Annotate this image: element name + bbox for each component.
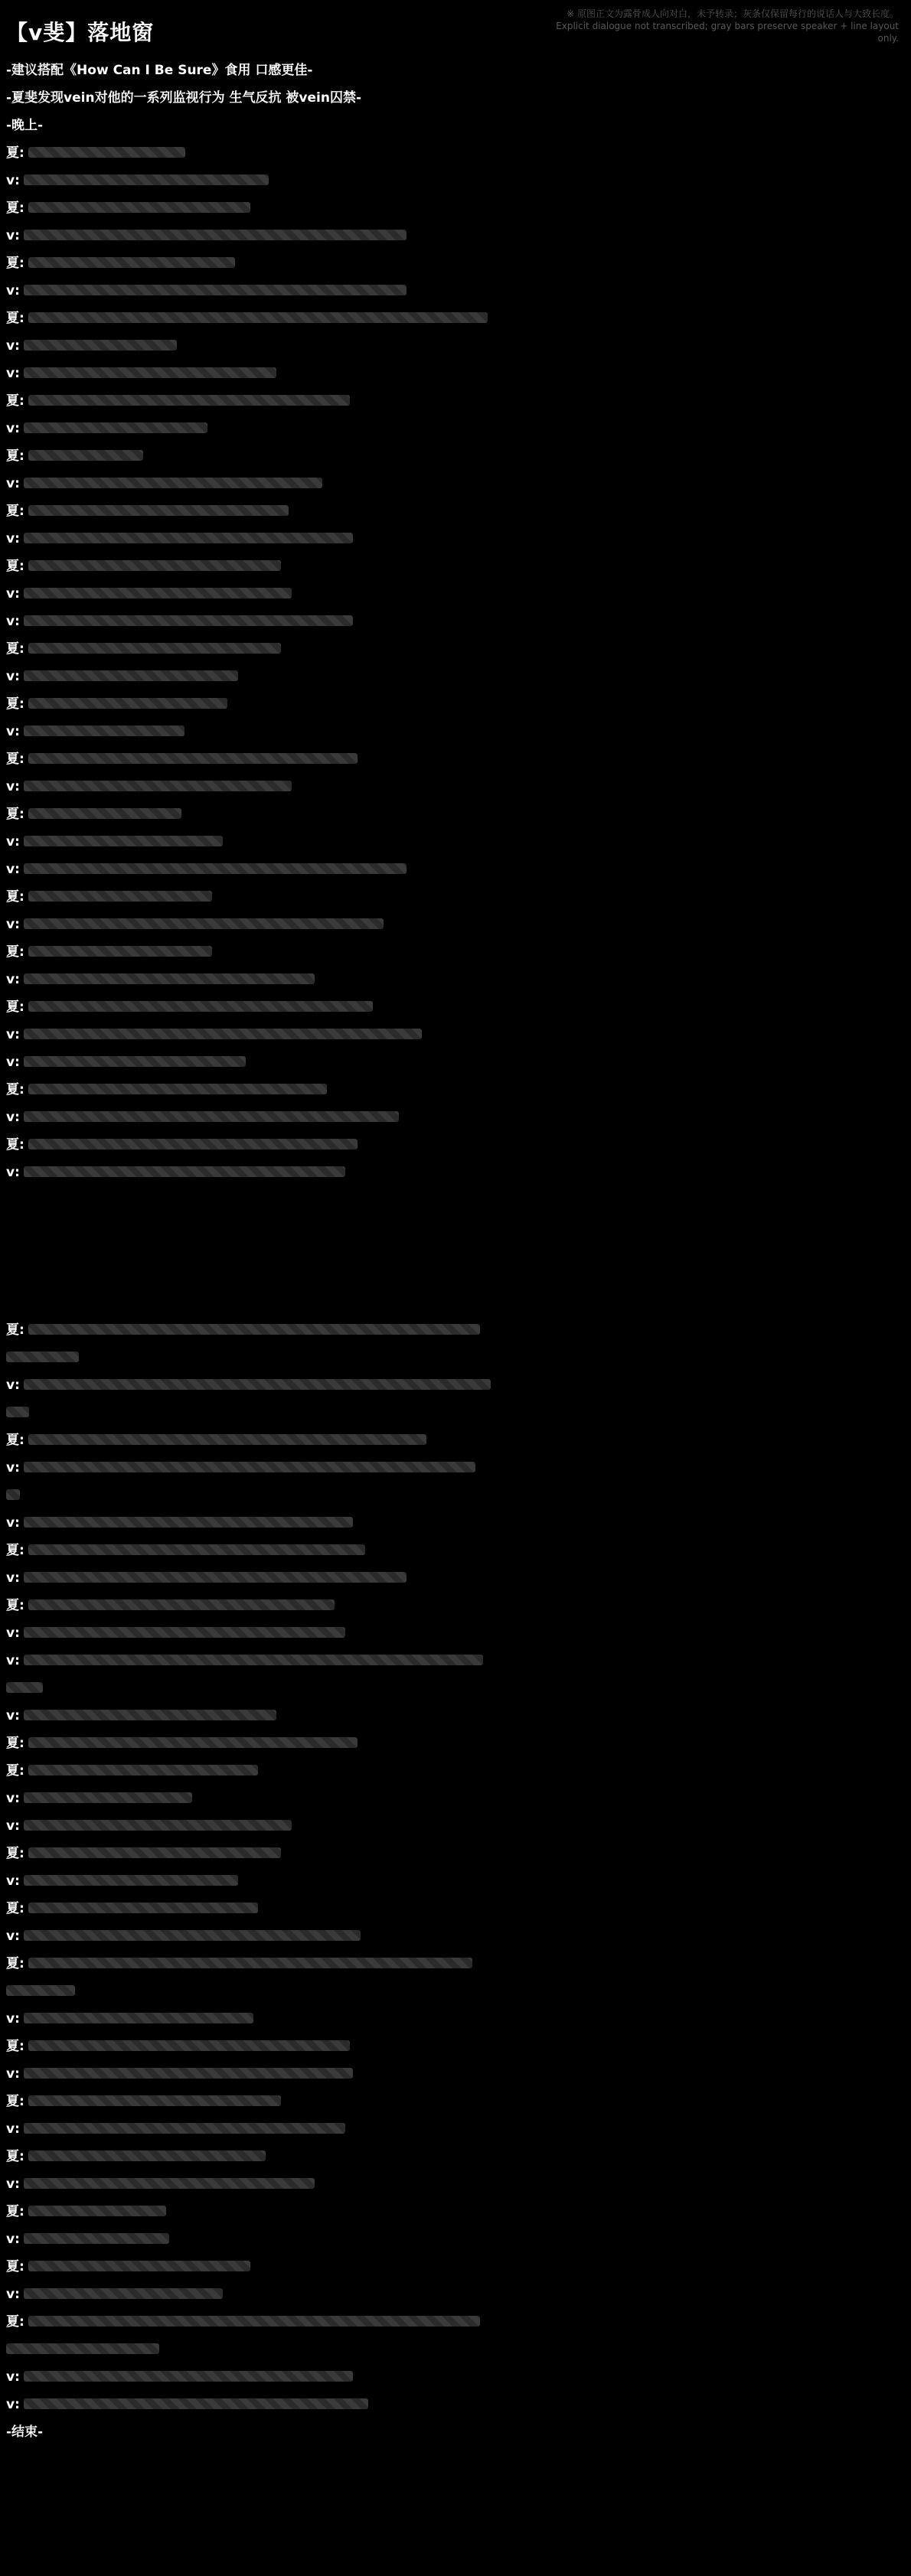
- dialogue-line: v:: [6, 2115, 903, 2143]
- meta-line-premise: -夏斐发现vein对他的一系列监视行为 生气反抗 被vein囚禁-: [6, 84, 903, 112]
- redacted-text-bar: [24, 2123, 345, 2134]
- dialogue-line: 夏:: [6, 1592, 903, 1619]
- speaker-label: v:: [6, 1708, 20, 1723]
- speaker-label: v:: [6, 724, 20, 739]
- redacted-text-bar: [28, 1903, 258, 1913]
- redacted-text-bar: [24, 1572, 407, 1583]
- redacted-text-bar: [24, 1820, 292, 1831]
- redacted-text-bar: [24, 973, 315, 984]
- dialogue-line: v:: [6, 608, 903, 635]
- redacted-text-bar: [24, 1111, 399, 1122]
- redacted-text-bar: [24, 1517, 353, 1528]
- speaker-label: 夏:: [6, 696, 24, 712]
- redacted-text-bar: [28, 2040, 350, 2051]
- speaker-label: v:: [6, 1625, 20, 1641]
- meta-line-pairing: -建议搭配《How Can I Be Sure》食用 口感更佳-: [6, 57, 903, 84]
- redacted-text-bar: [24, 2398, 368, 2409]
- redaction-notice-en: Explicit dialogue not transcribed; gray …: [547, 20, 899, 44]
- speaker-label: v:: [6, 1653, 20, 1668]
- redacted-text-bar: [24, 1792, 192, 1803]
- dialogue-line: v:: [6, 2225, 903, 2253]
- dialogue-line: v:: [6, 2060, 903, 2088]
- dialogue-line: v:: [6, 911, 903, 938]
- speaker-label: v:: [6, 669, 20, 684]
- redacted-text-bar: [24, 340, 177, 351]
- redacted-text-bar: [28, 202, 250, 213]
- redacted-text-bar: [6, 1407, 29, 1417]
- scene-break: [6, 1186, 903, 1316]
- redacted-text-bar: [28, 698, 227, 709]
- dialogue-line: 夏:: [6, 745, 903, 773]
- dialogue-line: 夏:: [6, 690, 903, 718]
- speaker-label: 夏:: [6, 752, 24, 767]
- dialogue-line: 夏:: [6, 2033, 903, 2060]
- redacted-text-bar: [24, 588, 292, 598]
- dialogue-line: 夏:: [6, 194, 903, 222]
- header-meta: -建议搭配《How Can I Be Sure》食用 口感更佳- -夏斐发现ve…: [6, 57, 903, 139]
- speaker-label: 夏:: [6, 145, 24, 161]
- redacted-text-bar: [24, 836, 223, 846]
- speaker-label: 夏:: [6, 311, 24, 326]
- redacted-text-bar: [24, 422, 207, 433]
- dialogue-line: v:: [6, 2281, 903, 2308]
- fanfic-text-page: ※ 原图正文为露骨成人向对白，未予转录；灰条仅保留每行的说话人与大致长度。 Ex…: [0, 0, 911, 2576]
- redacted-text-bar: [24, 1166, 345, 1177]
- speaker-label: 夏:: [6, 393, 24, 409]
- dialogue-line: v:: [6, 1371, 903, 1399]
- redacted-text-bar: [28, 753, 358, 764]
- speaker-label: v:: [6, 1460, 20, 1475]
- redacted-text-bar: [28, 1737, 358, 1748]
- dialogue-line: v:: [6, 332, 903, 360]
- redacted-text-bar: [6, 1985, 75, 1996]
- speaker-label: 夏:: [6, 201, 24, 216]
- redacted-text-bar: [28, 2206, 166, 2216]
- redacted-text-bar: [6, 1352, 79, 1362]
- speaker-label: v:: [6, 1165, 20, 1180]
- dialogue-line: v:: [6, 2391, 903, 2418]
- redacted-text-bar: [28, 946, 212, 957]
- redacted-text-bar: [24, 781, 292, 791]
- speaker-label: v:: [6, 1378, 20, 1393]
- redacted-text-bar: [28, 2150, 266, 2161]
- dialogue-line: v:: [6, 470, 903, 497]
- speaker-label: v:: [6, 972, 20, 987]
- dialogue-line: 夏:: [6, 938, 903, 966]
- speaker-label: v:: [6, 1929, 20, 1944]
- redacted-text-bar: [28, 1001, 373, 1012]
- speaker-label: v:: [6, 283, 20, 298]
- redacted-text-bar: [24, 670, 238, 681]
- speaker-label: v:: [6, 2287, 20, 2302]
- dialogue-line: v:: [6, 1702, 903, 1730]
- dialogue-line: v:: [6, 222, 903, 249]
- redacted-text-bar: [24, 615, 353, 626]
- speaker-label: v:: [6, 1027, 20, 1042]
- speaker-label: v:: [6, 862, 20, 877]
- dialogue-line: 夏:: [6, 139, 903, 167]
- redacted-text-bar: [24, 2068, 353, 2079]
- dialogue-line: 夏:: [6, 1840, 903, 1867]
- dialogue-line: 夏:: [6, 305, 903, 332]
- redacted-text-bar: [28, 147, 185, 158]
- dialogue-line: 夏:: [6, 801, 903, 828]
- speaker-label: v:: [6, 614, 20, 629]
- dialogue-line: v:: [6, 1159, 903, 1186]
- speaker-label: 夏:: [6, 889, 24, 905]
- redacted-text-bar: [24, 726, 184, 736]
- speaker-label: v:: [6, 1873, 20, 1889]
- dialogue-line: v:: [6, 415, 903, 442]
- dialogue-line: v:: [6, 1454, 903, 1482]
- redacted-text-bar: [24, 230, 407, 240]
- dialogue-line: 夏:: [6, 1316, 903, 1344]
- speaker-label: v:: [6, 338, 20, 354]
- redacted-text-bar: [24, 863, 407, 874]
- speaker-label: 夏:: [6, 1846, 24, 1861]
- dialogue-line: v:: [6, 277, 903, 305]
- dialogue-line: v:: [6, 828, 903, 856]
- dialogue-line: v:: [6, 1647, 903, 1674]
- speaker-label: 夏:: [6, 1137, 24, 1153]
- redacted-text-bar: [28, 1324, 480, 1335]
- redacted-text-bar: [24, 174, 269, 185]
- dialogue-continuation-line: [6, 1344, 903, 1371]
- speaker-label: v:: [6, 173, 20, 188]
- speaker-label: 夏:: [6, 999, 24, 1015]
- dialogue-line: 夏:: [6, 2143, 903, 2170]
- dialogue-line: v:: [6, 773, 903, 801]
- redacted-text-bar: [28, 560, 281, 571]
- dialogue-line: 夏:: [6, 883, 903, 911]
- redacted-text-bar: [24, 533, 353, 543]
- redacted-text-bar: [24, 1379, 491, 1390]
- redacted-text-bar: [28, 2095, 281, 2106]
- speaker-label: 夏:: [6, 1956, 24, 1971]
- dialogue-line: 夏:: [6, 1730, 903, 1757]
- speaker-label: 夏:: [6, 504, 24, 519]
- dialogue-line: v:: [6, 1812, 903, 1840]
- speaker-label: 夏:: [6, 641, 24, 657]
- scene-1: 夏:v:夏:v:夏:v:夏:v:v:夏:v:夏:v:夏:v:夏:v:v:夏:v:…: [6, 139, 903, 1186]
- dialogue-line: v:: [6, 1048, 903, 1076]
- speaker-label: v:: [6, 2232, 20, 2247]
- redacted-text-bar: [24, 2178, 315, 2189]
- redacted-text-bar: [24, 1627, 345, 1638]
- redacted-text-bar: [28, 1139, 358, 1149]
- speaker-label: v:: [6, 228, 20, 243]
- redacted-text-bar: [28, 2316, 480, 2327]
- dialogue-line: v:: [6, 2170, 903, 2198]
- speaker-label: v:: [6, 2177, 20, 2192]
- dialogue-line: 夏:: [6, 635, 903, 663]
- speaker-label: v:: [6, 2121, 20, 2137]
- redacted-text-bar: [24, 2233, 169, 2244]
- speaker-label: 夏:: [6, 944, 24, 960]
- speaker-label: 夏:: [6, 2204, 24, 2219]
- speaker-label: v:: [6, 2397, 20, 2412]
- dialogue-line: v:: [6, 1104, 903, 1131]
- speaker-label: v:: [6, 834, 20, 849]
- dialogue-continuation-line: [6, 2336, 903, 2363]
- dialogue-line: 夏:: [6, 1895, 903, 1922]
- dialogue-continuation-line: [6, 1674, 903, 1702]
- redacted-text-bar: [28, 1958, 472, 1968]
- speaker-label: v:: [6, 1791, 20, 1806]
- speaker-label: 夏:: [6, 448, 24, 464]
- dialogue-line: v:: [6, 580, 903, 608]
- dialogue-line: 夏:: [6, 1950, 903, 1978]
- speaker-label: 夏:: [6, 1322, 24, 1338]
- speaker-label: v:: [6, 586, 20, 602]
- speaker-label: v:: [6, 1818, 20, 1834]
- speaker-label: 夏:: [6, 1736, 24, 1751]
- redacted-text-bar: [24, 1710, 276, 1720]
- dialogue-line: v:: [6, 1867, 903, 1895]
- redacted-text-bar: [28, 1599, 335, 1610]
- redacted-text-bar: [28, 1434, 426, 1445]
- dialogue-line: v:: [6, 1564, 903, 1592]
- redacted-text-bar: [24, 2013, 253, 2023]
- dialogue-line: 夏:: [6, 497, 903, 525]
- redaction-notice-zh: ※ 原图正文为露骨成人向对白，未予转录；灰条仅保留每行的说话人与大致长度。: [547, 8, 899, 20]
- dialogue-continuation-line: [6, 1399, 903, 1427]
- redacted-text-bar: [24, 918, 384, 929]
- speaker-label: 夏:: [6, 1433, 24, 1448]
- speaker-label: v:: [6, 1055, 20, 1070]
- dialogue-line: 夏:: [6, 249, 903, 277]
- redacted-text-bar: [28, 1084, 327, 1094]
- redacted-text-bar: [24, 1930, 361, 1941]
- dialogue-line: 夏:: [6, 442, 903, 470]
- redacted-text-bar: [24, 1029, 422, 1039]
- dialogue-continuation-line: [6, 1482, 903, 1509]
- redacted-text-bar: [24, 367, 276, 378]
- redacted-text-bar: [6, 2343, 159, 2354]
- speaker-label: 夏:: [6, 2094, 24, 2109]
- redacted-text-bar: [28, 450, 143, 461]
- speaker-label: v:: [6, 917, 20, 932]
- dialogue-line: 夏:: [6, 2088, 903, 2115]
- end-marker: -结束-: [6, 2418, 903, 2446]
- redacted-text-bar: [24, 1056, 246, 1067]
- redacted-text-bar: [28, 643, 281, 654]
- speaker-label: v:: [6, 1110, 20, 1125]
- speaker-label: 夏:: [6, 1543, 24, 1558]
- dialogue-line: v:: [6, 718, 903, 745]
- dialogue-line: 夏:: [6, 553, 903, 580]
- redacted-text-bar: [24, 1462, 475, 1472]
- dialogue-line: v:: [6, 1922, 903, 1950]
- speaker-label: 夏:: [6, 807, 24, 822]
- dialogue-line: 夏:: [6, 1131, 903, 1159]
- dialogue-line: 夏:: [6, 2308, 903, 2336]
- speaker-label: 夏:: [6, 2259, 24, 2274]
- dialogue-line: v:: [6, 167, 903, 194]
- dialogue-line: 夏:: [6, 2253, 903, 2281]
- redaction-notice: ※ 原图正文为露骨成人向对白，未予转录；灰条仅保留每行的说话人与大致长度。 Ex…: [547, 8, 899, 44]
- speaker-label: 夏:: [6, 559, 24, 574]
- speaker-label: 夏:: [6, 2149, 24, 2164]
- dialogue-line: 夏:: [6, 1076, 903, 1104]
- redacted-text-bar: [6, 1489, 20, 1500]
- redacted-text-bar: [28, 257, 235, 268]
- redacted-text-bar: [28, 505, 289, 516]
- redacted-text-bar: [24, 2371, 353, 2382]
- dialogue-line: 夏:: [6, 1757, 903, 1785]
- redacted-text-bar: [24, 478, 322, 488]
- speaker-label: v:: [6, 2066, 20, 2082]
- redacted-text-bar: [24, 285, 407, 295]
- dialogue-line: v:: [6, 360, 903, 387]
- scene-2: 夏:v:夏:v:v:夏:v:夏:v:v:v:夏:夏:v:v:夏:v:夏:v:夏:…: [6, 1316, 903, 2418]
- speaker-label: v:: [6, 1515, 20, 1531]
- dialogue-line: v:: [6, 525, 903, 553]
- dialogue-line: v:: [6, 856, 903, 883]
- speaker-label: 夏:: [6, 1598, 24, 1613]
- speaker-label: v:: [6, 1570, 20, 1586]
- redacted-text-bar: [28, 1765, 258, 1775]
- dialogue-continuation-line: [6, 1978, 903, 2005]
- speaker-label: 夏:: [6, 2039, 24, 2054]
- redacted-text-bar: [24, 2288, 223, 2299]
- meta-line-time: -晚上-: [6, 112, 903, 139]
- redacted-text-bar: [24, 1655, 483, 1665]
- dialogue-line: v:: [6, 1785, 903, 1812]
- dialogue-line: v:: [6, 2005, 903, 2033]
- redacted-text-bar: [24, 1875, 238, 1886]
- speaker-label: v:: [6, 531, 20, 546]
- dialogue-line: v:: [6, 663, 903, 690]
- redacted-text-bar: [28, 808, 181, 819]
- redacted-text-bar: [28, 1544, 365, 1555]
- speaker-label: v:: [6, 476, 20, 491]
- speaker-label: v:: [6, 366, 20, 381]
- dialogue-line: 夏:: [6, 993, 903, 1021]
- speaker-label: 夏:: [6, 2314, 24, 2330]
- redacted-text-bar: [6, 1682, 43, 1693]
- speaker-label: 夏:: [6, 1082, 24, 1097]
- speaker-label: 夏:: [6, 1763, 24, 1779]
- speaker-label: 夏:: [6, 256, 24, 271]
- speaker-label: v:: [6, 779, 20, 794]
- redacted-text-bar: [28, 312, 488, 323]
- dialogue-line: 夏:: [6, 1537, 903, 1564]
- dialogue-line: v:: [6, 1509, 903, 1537]
- dialogue-line: v:: [6, 1021, 903, 1048]
- speaker-label: 夏:: [6, 1901, 24, 1916]
- redacted-text-bar: [28, 891, 212, 902]
- speaker-label: v:: [6, 2369, 20, 2385]
- dialogue-line: 夏:: [6, 387, 903, 415]
- speaker-label: v:: [6, 2011, 20, 2027]
- dialogue-line: 夏:: [6, 2198, 903, 2225]
- redacted-text-bar: [28, 2261, 250, 2271]
- redacted-text-bar: [28, 1847, 281, 1858]
- dialogue-line: v:: [6, 2363, 903, 2391]
- dialogue-line: v:: [6, 966, 903, 993]
- redacted-text-bar: [28, 395, 350, 406]
- dialogue-line: v:: [6, 1619, 903, 1647]
- speaker-label: v:: [6, 421, 20, 436]
- dialogue-line: 夏:: [6, 1427, 903, 1454]
